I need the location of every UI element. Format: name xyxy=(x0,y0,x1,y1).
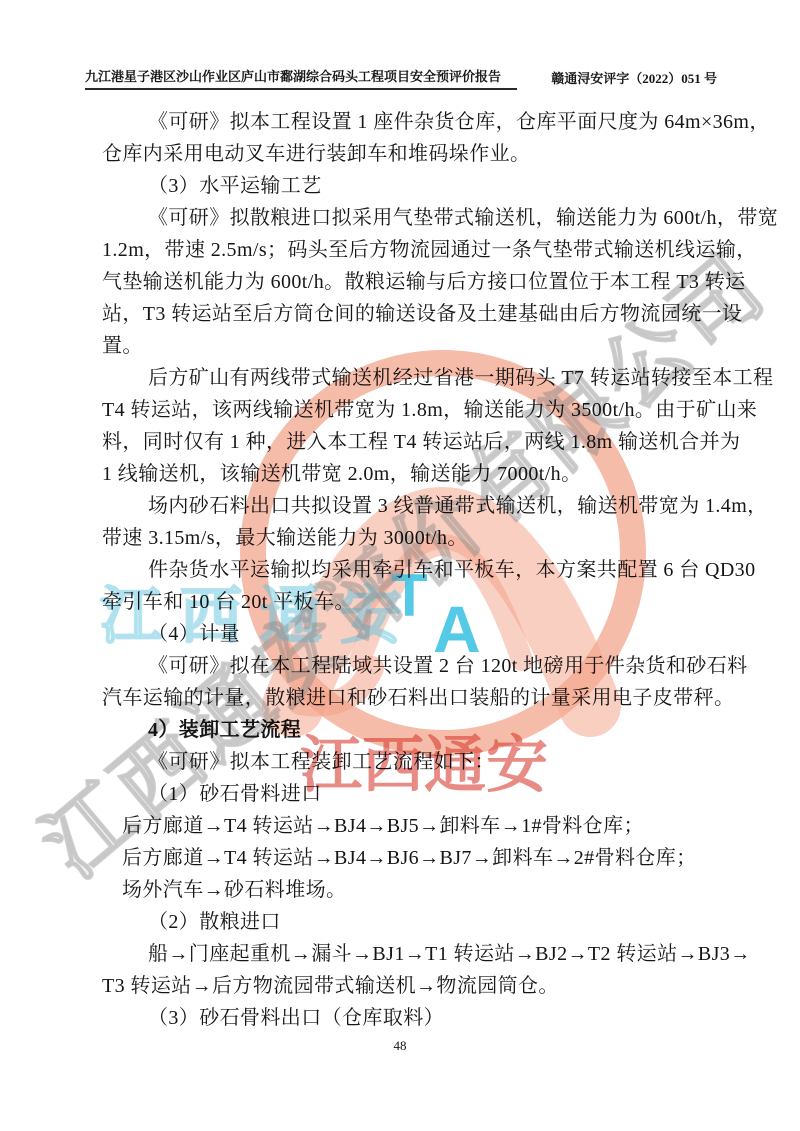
text-line: 汽车运输的计量，散粮进口和砂石料出口装船的计量采用电子皮带秤。 xyxy=(102,682,716,714)
flow-line: T3 转运站→后方物流园带式输送机→物流园筒仓。 xyxy=(102,970,716,1002)
text-line: 1 线输送机，该输送机带宽 2.0m，输送能力 7000t/h。 xyxy=(102,458,716,490)
text-line: 气垫输送机能力为 600t/h。散粮运输与后方接口位置位于本工程 T3 转运 xyxy=(102,266,716,298)
text-line: 件杂货水平运输拟均采用牵引车和平板车，本方案共配置 6 台 QD30 xyxy=(102,554,716,586)
flow-line: 场外汽车→砂石料堆场。 xyxy=(102,874,716,906)
document-body: 《可研》拟本工程设置 1 座件杂货仓库，仓库平面尺度为 64m×36m， 仓库内… xyxy=(102,106,716,1034)
text-line: （2）散粮进口 xyxy=(102,906,716,938)
text-line: 带速 3.15m/s，最大输送能力为 3000t/h。 xyxy=(102,522,716,554)
header-title: 九江港星子港区沙山作业区庐山市鄱湖综合码头工程项目安全预评价报告 xyxy=(85,66,517,90)
document-page: 九江港星子港区沙山作业区庐山市鄱湖综合码头工程项目安全预评价报告 赣通浔安评字（… xyxy=(0,0,800,1131)
text-line: 场内砂石料出口共拟设置 3 线普通带式输送机，输送机带宽为 1.4m， xyxy=(102,490,716,522)
text-line: 仓库内采用电动叉车进行装卸车和堆码垛作业。 xyxy=(102,138,716,170)
page-number: 48 xyxy=(394,1038,407,1053)
header-doc-number: 赣通浔安评字（2022）051 号 xyxy=(551,68,717,90)
text-line: 《可研》拟本工程设置 1 座件杂货仓库，仓库平面尺度为 64m×36m， xyxy=(102,106,716,138)
text-line: T4 转运站，该两线输送机带宽为 1.8m，输送能力为 3500t/h。由于矿山… xyxy=(102,394,716,426)
text-line: （1）砂石骨料进口 xyxy=(102,778,716,810)
flow-line: 后方廊道→T4 转运站→BJ4→BJ5→卸料车→1#骨料仓库； xyxy=(102,810,716,842)
text-line: 牵引车和 10 台 20t 平板车。 xyxy=(102,586,716,618)
text-line: 《可研》拟本工程装卸工艺流程如下： xyxy=(102,746,716,778)
text-line: 《可研》拟在本工程陆域共设置 2 台 120t 地磅用于件杂货和砂石料 xyxy=(102,650,716,682)
text-line: 《可研》拟散粮进口拟采用气垫带式输送机，输送能力为 600t/h，带宽 xyxy=(102,202,716,234)
flow-line: 后方廊道→T4 转运站→BJ4→BJ6→BJ7→卸料车→2#骨料仓库； xyxy=(102,842,716,874)
text-line: 料，同时仅有 1 种，进入本工程 T4 转运站后，两线 1.8m 输送机合并为 xyxy=(102,426,716,458)
text-line: 站，T3 转运站至后方筒仓间的输送设备及土建基础由后方物流园统一设 xyxy=(102,298,716,330)
page-footer: 48 xyxy=(0,1038,800,1054)
text-line: （3）砂石骨料出口（仓库取料） xyxy=(102,1002,716,1034)
page-header: 九江港星子港区沙山作业区庐山市鄱湖综合码头工程项目安全预评价报告 赣通浔安评字（… xyxy=(85,66,717,90)
flow-line: 船→门座起重机→漏斗→BJ1→T1 转运站→BJ2→T2 转运站→BJ3→ xyxy=(102,938,716,970)
text-line: 1.2m，带速 2.5m/s；码头至后方物流园通过一条气垫带式输送机线运输， xyxy=(102,234,716,266)
text-line: 后方矿山有两线带式输送机经过省港一期码头 T7 转运站转接至本工程 xyxy=(102,362,716,394)
text-line: 置。 xyxy=(102,330,716,362)
text-line: （3）水平运输工艺 xyxy=(102,170,716,202)
section-heading: 4）装卸工艺流程 xyxy=(102,714,716,746)
text-line: （4）计量 xyxy=(102,618,716,650)
